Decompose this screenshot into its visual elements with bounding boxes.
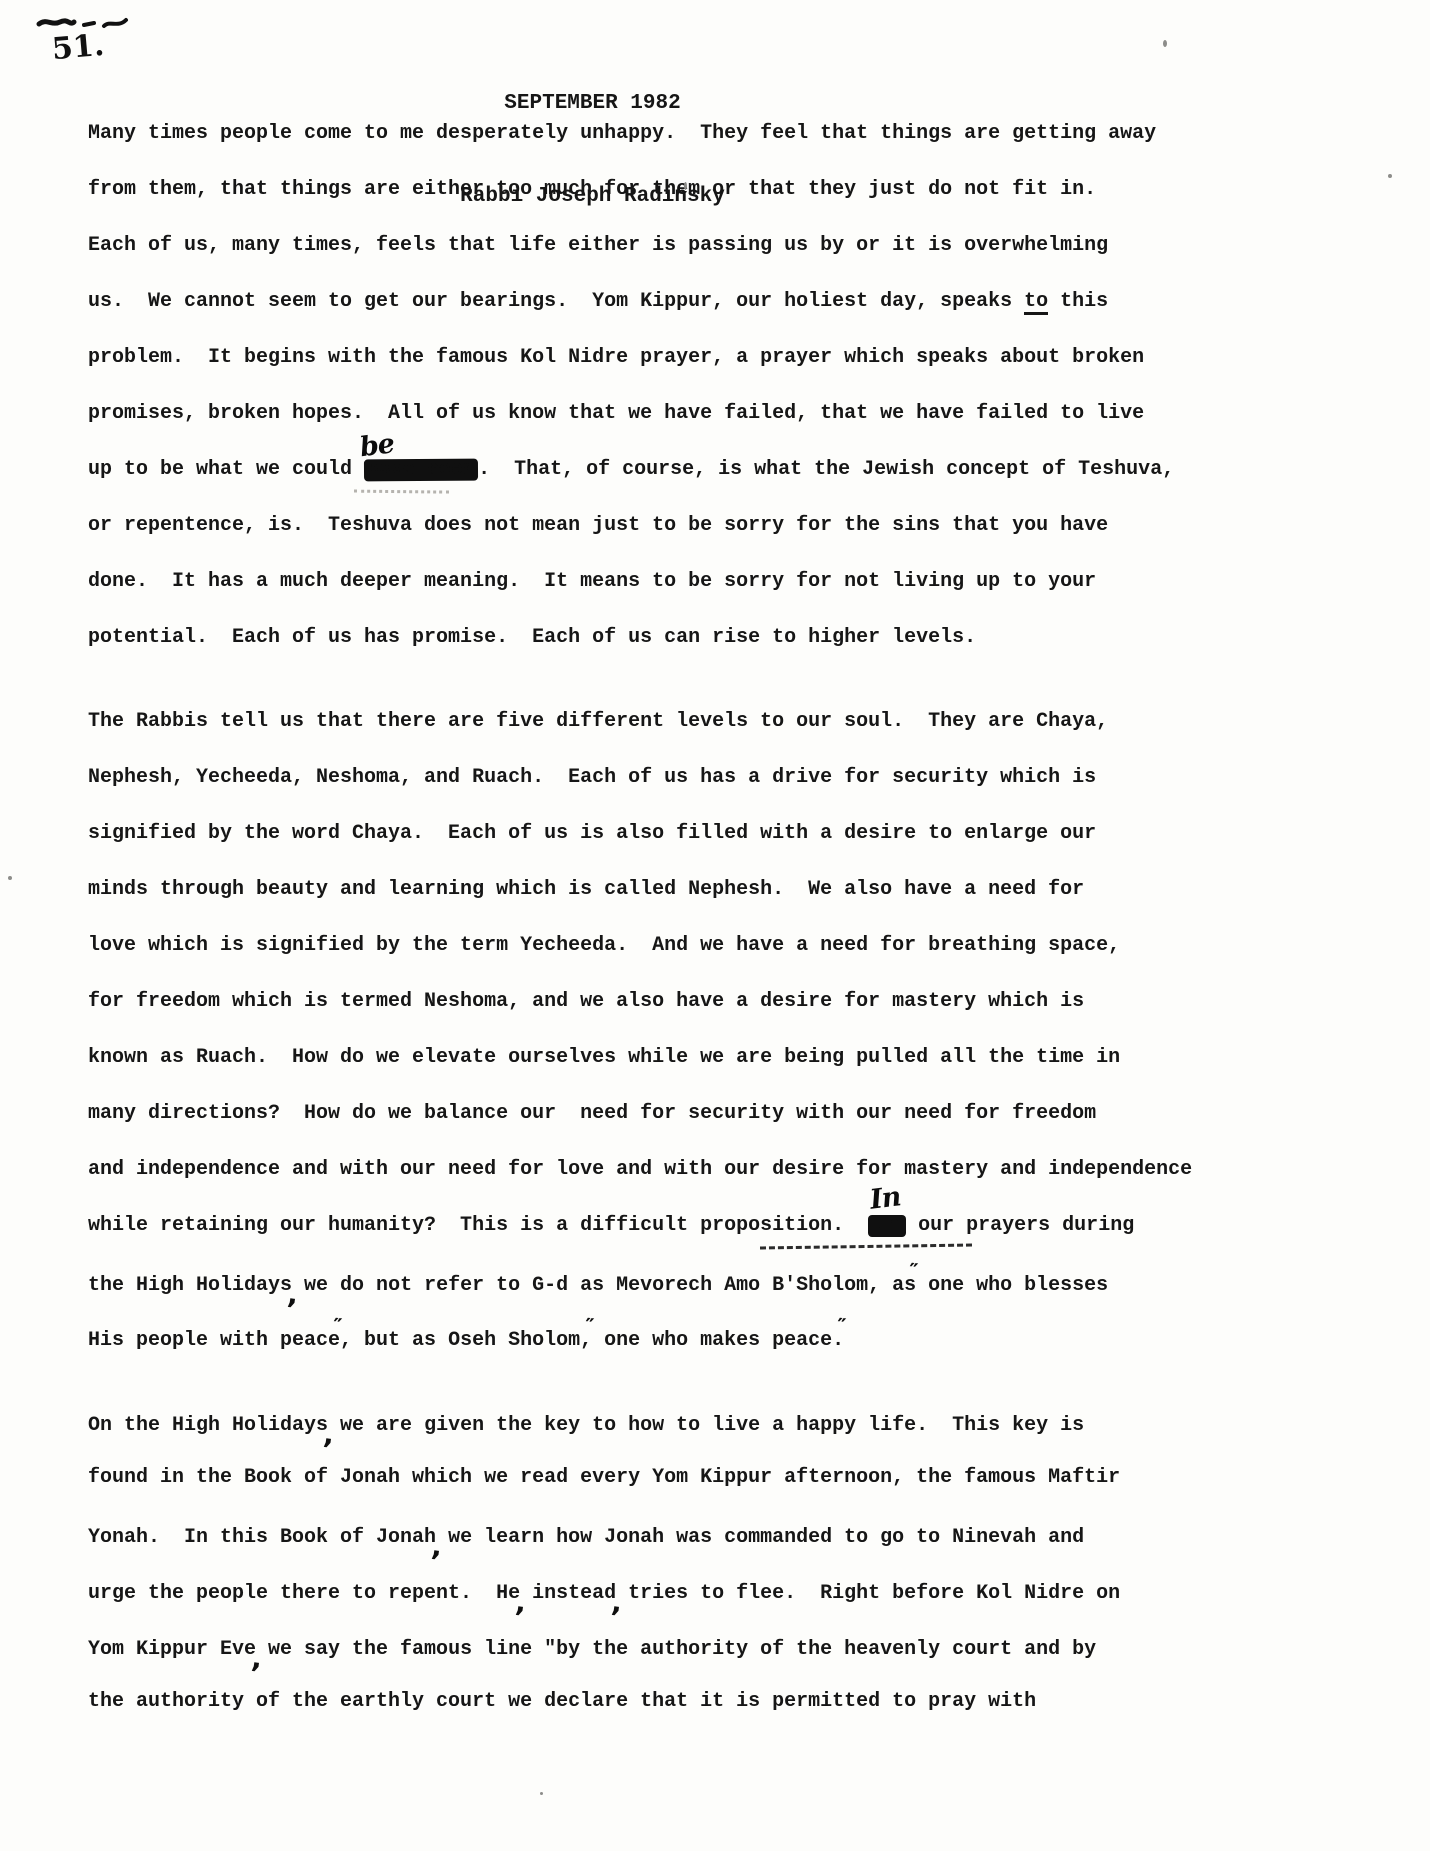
text-segment: many directions? How do we balance our n… <box>88 1086 1096 1142</box>
text-line: Yonah. In this Book of Jonah, we learn h… <box>88 1506 1348 1562</box>
text-segment: the High Holidays <box>88 1258 292 1314</box>
text-segment: one who blesses <box>916 1258 1108 1314</box>
handwritten-correction: be <box>358 430 395 461</box>
scanned-document-page: 51. SEPTEMBER 1982 Rabbi Joseph Radinsky… <box>0 0 1430 1851</box>
text-line: Many times people come to me desperately… <box>88 106 1348 162</box>
text-line: urge the people there to repent. He, ins… <box>88 1562 1348 1618</box>
text-segment: The Rabbis tell us that there are five d… <box>88 694 1108 750</box>
text-line: while retaining our humanity? This is a … <box>88 1198 1348 1254</box>
text-segment: love which is signified by the term Yech… <box>88 918 1120 974</box>
text-line: Yom Kippur Eve, we say the famous line "… <box>88 1618 1348 1674</box>
scan-artifact <box>540 1792 543 1795</box>
text-line: up to be what we could have beenbe. That… <box>88 442 1348 498</box>
text-segment: signified by the word Chaya. Each of us … <box>88 806 1096 862</box>
text-line: On the High Holidays, we are given the k… <box>88 1394 1348 1450</box>
text-segment: problem. It begins with the famous Kol N… <box>88 330 1144 386</box>
text-line: many directions? How do we balance our n… <box>88 1086 1348 1142</box>
text-segment: us. We cannot seem to get our bearings. … <box>88 274 1024 330</box>
text-segment: . That, of course, is what the Jewish co… <box>478 442 1174 498</box>
text-segment: the authority of the earthly court we de… <box>88 1674 1036 1730</box>
paragraph: On the High Holidays, we are given the k… <box>88 1394 1348 1730</box>
text-segment: Yom Kippur Eve <box>88 1622 256 1678</box>
text-segment: known as Ruach. How do we elevate oursel… <box>88 1030 1120 1086</box>
blotted-correction-in: InIn <box>868 1215 906 1237</box>
text-segment: promises, broken hopes. All of us know t… <box>88 386 1144 442</box>
text-line: found in the Book of Jonah which we read… <box>88 1450 1348 1506</box>
text-segment: we learn how Jonah was commanded to go t… <box>436 1510 1084 1566</box>
text-segment: tries to flee. Right before Kol Nidre on <box>616 1566 1120 1622</box>
text-line: signified by the word Chaya. Each of us … <box>88 806 1348 862</box>
text-segment: potential. Each of us has promise. Each … <box>88 610 976 666</box>
text-segment: urge the people there to repent. He <box>88 1566 520 1622</box>
text-segment: we are given the key to how to live a ha… <box>328 1398 1084 1454</box>
scan-artifact <box>1388 174 1392 178</box>
text-segment: Many times people come to me desperately… <box>88 106 1156 162</box>
text-segment: up to be what we could <box>88 442 364 498</box>
text-line: The Rabbis tell us that there are five d… <box>88 694 1348 750</box>
text-segment: found in the Book of Jonah which we read… <box>88 1450 1120 1506</box>
text-segment: instead <box>520 1566 616 1622</box>
text-segment: Yonah. In this Book of Jonah <box>88 1510 436 1566</box>
text-line: potential. Each of us has promise. Each … <box>88 610 1348 666</box>
text-line: done. It has a much deeper meaning. It m… <box>88 554 1348 610</box>
text-line: love which is signified by the term Yech… <box>88 918 1348 974</box>
text-segment: Each of us, many times, feels that life … <box>88 218 1108 274</box>
text-line: minds through beauty and learning which … <box>88 862 1348 918</box>
scan-artifact <box>8 876 12 880</box>
scan-artifact <box>1163 40 1167 47</box>
text-line: and independence and with our need for l… <box>88 1142 1348 1198</box>
text-segment: minds through beauty and learning which … <box>88 862 1084 918</box>
text-segment: we say the famous line "by the authority… <box>256 1622 1096 1678</box>
document-body: Many times people come to me desperately… <box>88 106 1348 1730</box>
text-line: for freedom which is termed Neshoma, and… <box>88 974 1348 1030</box>
text-segment: and independence and with our need for l… <box>88 1142 1192 1198</box>
text-line: from them, that things are either too mu… <box>88 162 1348 218</box>
text-segment: On the High Holidays <box>88 1398 328 1454</box>
paragraph: Many times people come to me desperately… <box>88 106 1348 666</box>
text-line: Each of us, many times, feels that life … <box>88 218 1348 274</box>
text-line: His people with peace″, but as Oseh Shol… <box>88 1310 1348 1366</box>
text-line: the High Holidays, we do not refer to G-… <box>88 1254 1348 1310</box>
text-segment: from them, that things are either too mu… <box>88 162 1096 218</box>
text-line: known as Ruach. How do we elevate oursel… <box>88 1030 1348 1086</box>
underlined-word: to <box>1024 292 1048 315</box>
text-segment: while retaining our humanity? This is a … <box>88 1198 868 1254</box>
text-line: Nephesh, Yecheeda, Neshoma, and Ruach. E… <box>88 750 1348 806</box>
text-segment: His people with peace <box>88 1313 340 1369</box>
text-line: problem. It begins with the famous Kol N… <box>88 330 1348 386</box>
text-segment: or repentence, is. Teshuva does not mean… <box>88 498 1108 554</box>
text-line: or repentence, is. Teshuva does not mean… <box>88 498 1348 554</box>
handwritten-correction: In <box>869 1183 902 1213</box>
text-line: us. We cannot seem to get our bearings. … <box>88 274 1348 330</box>
text-line: the authority of the earthly court we de… <box>88 1674 1348 1730</box>
text-line: promises, broken hopes. All of us know t… <box>88 386 1348 442</box>
text-segment: one who makes peace. <box>592 1313 844 1369</box>
text-segment: Nephesh, Yecheeda, Neshoma, and Ruach. E… <box>88 750 1096 806</box>
paragraph: The Rabbis tell us that there are five d… <box>88 694 1348 1366</box>
text-segment: we do not refer to G-d as Mevorech Amo B… <box>292 1258 916 1314</box>
scan-artifact <box>684 182 687 190</box>
text-segment: done. It has a much deeper meaning. It m… <box>88 554 1096 610</box>
text-segment: for freedom which is termed Neshoma, and… <box>88 974 1084 1030</box>
text-segment: our prayers during <box>906 1198 1134 1254</box>
blotted-correction-have-been: have beenbe <box>364 459 478 482</box>
text-segment: this <box>1048 274 1108 330</box>
text-segment: , but as Oseh Sholom, <box>340 1313 592 1369</box>
